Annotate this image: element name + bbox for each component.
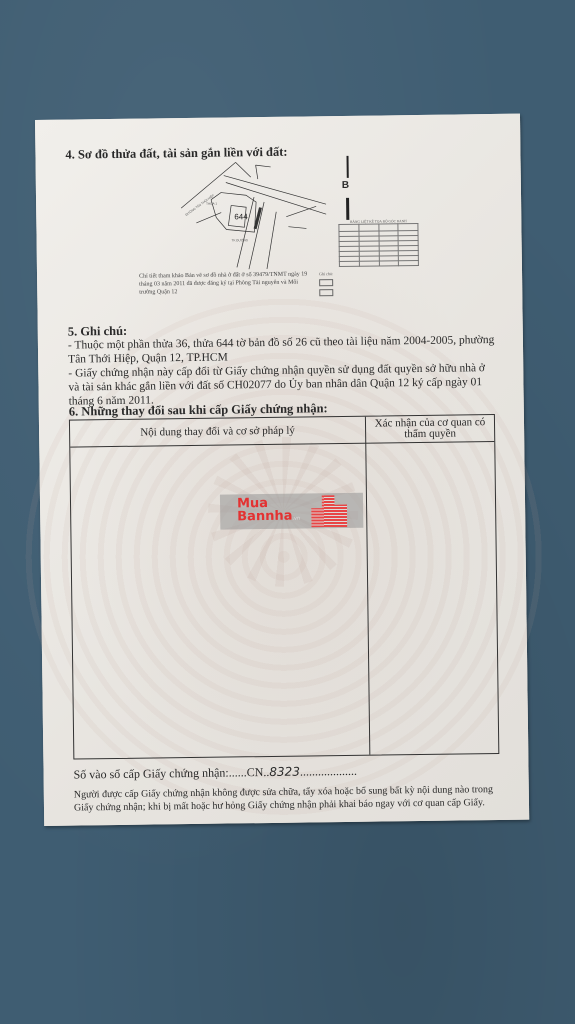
col-header-confirmation: Xác nhận của cơ quan có thẩm quyền (366, 417, 494, 441)
north-arrow: B (341, 156, 354, 226)
diagram-note: Chỉ tiết tham khảo Bản vẽ sơ đồ nhà ở đấ… (139, 271, 309, 297)
registration-number: Số vào sổ cấp Giấy chứng nhận:......CN..… (73, 764, 357, 783)
table-header: Nội dung thay đổi và cơ sở pháp lý Xác n… (70, 415, 494, 448)
svg-text:TK ĐƯỜNG: TK ĐƯỜNG (232, 237, 249, 242)
legend-box (319, 279, 333, 286)
watermark-logo: Mua Bannha.vn (220, 493, 363, 530)
certificate-page: 4. Sơ đồ thửa đất, tài sản gắn liền với … (35, 114, 529, 826)
svg-text:644: 644 (234, 212, 248, 221)
diagram-legend: Ghi chú: (319, 270, 419, 296)
building-icon (311, 495, 347, 527)
col-header-changes: Nội dung thay đổi và cơ sở pháp lý (70, 424, 365, 440)
warning-text: Người được cấp Giấy chứng nhận không đượ… (74, 783, 504, 815)
legend-box (319, 289, 333, 296)
parcel-diagram: 644 ĐƯỜNG TÂN THỚI HIỆP THỬA 1 TK ĐƯỜNG (176, 156, 327, 273)
svg-text:THỬA 1: THỬA 1 (206, 201, 217, 206)
notes: - Thuộc một phần thửa 36, thửa 644 tờ bả… (68, 333, 499, 409)
column-divider (365, 417, 370, 755)
changes-table: Nội dung thay đổi và cơ sở pháp lý Xác n… (69, 414, 499, 760)
coordinate-table: BẢNG LIỆT KÊ TỌA ĐỘ GÓC RANH (338, 219, 419, 267)
